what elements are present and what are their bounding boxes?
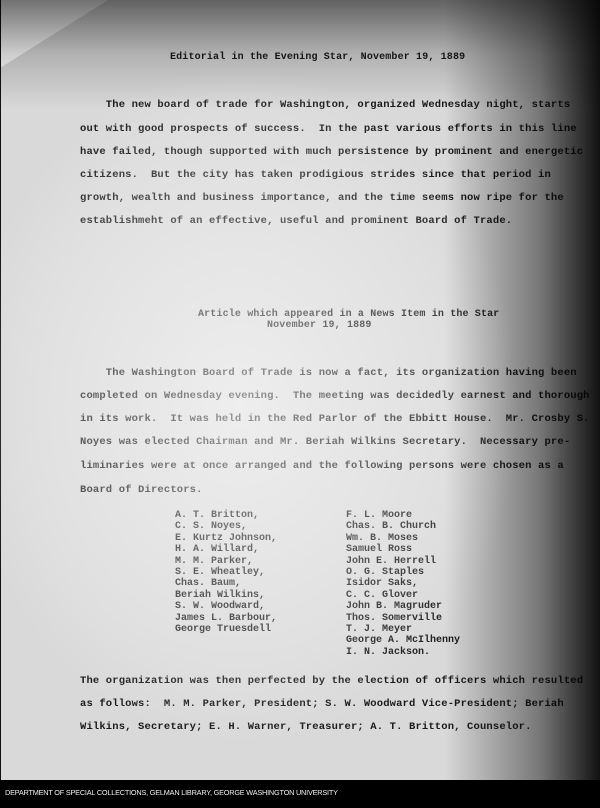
director-name: C. S. Noyes,: [175, 521, 277, 532]
editorial-line: growth, wealth and business importance, …: [80, 192, 564, 204]
director-name: Beriah Wilkins,: [175, 590, 277, 601]
director-name: T. J. Meyer: [346, 624, 460, 635]
director-name: Isidor Saks,: [346, 578, 460, 589]
director-name: George A. McIlhenny: [346, 635, 460, 646]
director-name: M. M. Parker,: [175, 556, 277, 567]
director-name: O. G. Staples: [346, 567, 460, 578]
director-name: Samuel Ross: [346, 544, 460, 555]
editorial-line: out with good prospects of success. In t…: [80, 123, 577, 135]
directors-list-left: A. T. Britton, C. S. Noyes, E. Kurtz Joh…: [175, 510, 277, 635]
director-name: Chas. B. Church: [346, 521, 460, 532]
article-date: November 19, 1889: [267, 320, 372, 331]
editorial-heading: Editorial in the Evening Star, November …: [170, 52, 465, 63]
article-line: Board of Directors.: [80, 484, 203, 496]
archive-credit: DEPARTMENT OF SPECIAL COLLECTIONS, GELMA…: [5, 788, 338, 797]
closing-line: as follows: M. M. Parker, President; S. …: [80, 698, 564, 710]
director-name: I. N. Jackson.: [346, 647, 460, 658]
director-name: John B. Magruder: [346, 601, 460, 612]
director-name: S. W. Woodward,: [175, 601, 277, 612]
director-name: Wm. B. Moses: [346, 533, 460, 544]
article-line: completed on Wednesday evening. The meet…: [80, 390, 590, 402]
article-line: Noyes was elected Chairman and Mr. Beria…: [80, 436, 570, 448]
director-name: John E. Herrell: [346, 556, 460, 567]
director-name: C. C. Glover: [346, 590, 460, 601]
page-edge: [0, 0, 1, 780]
scanned-page: Editorial in the Evening Star, November …: [0, 0, 600, 780]
editorial-line: establishmeht of an effective, useful an…: [80, 215, 512, 227]
article-line: in its work. It was held in the Red Parl…: [80, 413, 590, 425]
director-name: Thos. Somerville: [346, 613, 460, 624]
director-name: Chas. Baum,: [175, 578, 277, 589]
director-name: F. L. Moore: [346, 510, 460, 521]
directors-list-right: F. L. Moore Chas. B. Church Wm. B. Moses…: [346, 510, 460, 658]
director-name: H. A. Willard,: [175, 544, 277, 555]
director-name: George Truesdell: [175, 624, 277, 635]
closing-line: Wilkins, Secretary; E. H. Warner, Treasu…: [80, 721, 532, 733]
article-line: liminaries were at once arranged and the…: [80, 460, 564, 472]
editorial-line: have failed, though supported with much …: [80, 146, 583, 158]
editorial-line: The new board of trade for Washington, o…: [80, 99, 570, 111]
folded-corner: [0, 0, 108, 68]
director-name: James L. Barbour,: [175, 613, 277, 624]
article-title: Article which appeared in a News Item in…: [198, 309, 499, 320]
director-name: E. Kurtz Johnson,: [175, 533, 277, 544]
article-line: The Washington Board of Trade is now a f…: [80, 367, 577, 379]
director-name: S. E. Wheatley,: [175, 567, 277, 578]
director-name: A. T. Britton,: [175, 510, 277, 521]
closing-line: The organization was then perfected by t…: [80, 675, 583, 687]
editorial-line: citizens. But the city has taken prodigi…: [80, 169, 551, 181]
